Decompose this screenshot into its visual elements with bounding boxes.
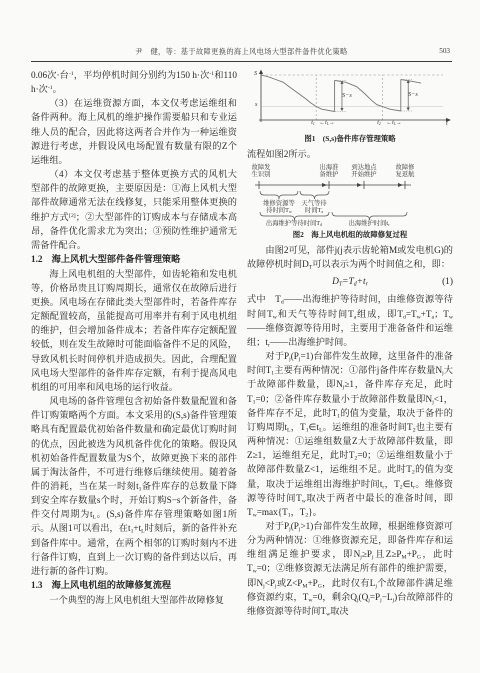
paragraph: 风电场的备件管理包含初始备件数量配置和备件订购策略两个方面。本文采用的(S,s)… xyxy=(31,394,237,578)
annotation-S-minus-s: S−s xyxy=(408,91,418,98)
label-offshore-maintenance-time: 出海维护时间tr xyxy=(349,220,390,227)
running-title: 尹 健，等：基于故障更换的海上风电场大型部件备件优化策略 xyxy=(31,47,452,57)
tick-label-t2: t2 xyxy=(377,120,380,127)
brace-offshore-maintenance-time xyxy=(332,212,407,220)
event-repaired-return: 故障修 复返航 xyxy=(396,164,415,178)
left-column: 0.06次·台-1，平均停机时间分别约为150 h·次-1和110 h·次-1。… xyxy=(31,68,237,607)
page-number: 503 xyxy=(439,47,450,55)
timeline-arrow xyxy=(322,183,327,187)
event-prepare-offshore: 出海准 备维护 xyxy=(320,164,339,178)
y-label-s: s xyxy=(255,101,257,108)
right-column: S s t t1 ←tL→ t2 ←tL→ S−s S−s 图1 (S,s)备件… xyxy=(247,66,453,618)
y-label-S: S xyxy=(254,70,257,77)
paragraph: 式中 Td——出海维护等待时间，由维修资源等待时间Tw和天气等待时间Ta组成，即… xyxy=(247,292,453,349)
paragraph: （3）在运维资源方面，本文仅考虑运维组和备件两种。海上风机的维护操作需要船只和专… xyxy=(31,96,237,167)
event-arrive-start: 到达地点 开始维护 xyxy=(351,164,376,178)
x-axis-label-t: t xyxy=(446,120,448,127)
paragraph: 对于Pj(Pj>1)台部件发生故障，根据维修资源可分为两种情况：①维修资源充足，… xyxy=(247,519,453,618)
tick-label-tL: ←tL→ xyxy=(386,120,401,127)
timeline-graphic xyxy=(247,164,453,228)
paragraph: 流程如图2所示。 xyxy=(247,147,453,161)
paper-page: 尹 健，等：基于故障更换的海上风电场大型部件备件优化策略 503 0.06次·台… xyxy=(0,0,480,673)
figure-2-caption: 图2 海上风电机组的故障修复过程 xyxy=(247,229,453,240)
label-offshore-wait-total: 出海维护等待时间Td xyxy=(266,220,322,227)
paragraph: 海上风电机组的大型部件，如齿轮箱和发电机等，价格昂贵且订购周期长，通常仅在故障后… xyxy=(31,267,237,394)
paragraph: （4）本文仅考虑基于整体更换方式的风机大型部件的故障更换，主要原因是：①海上风机… xyxy=(31,167,237,252)
header-rule xyxy=(31,61,452,62)
equation-number: (1) xyxy=(442,275,453,289)
figure-2-repair-timeline: 故障发 生识别 出海准 备维护 到达地点 开始维护 故障修 复返航 维修资源等 … xyxy=(247,164,453,228)
figure-1-caption: 图1 (S,s)备件库存管理策略 xyxy=(247,133,453,144)
equation-1: DT=Td+tr (1) xyxy=(247,275,453,289)
page-header: 尹 健，等：基于故障更换的海上风电场大型部件备件优化策略 503 xyxy=(31,47,452,59)
section-heading-1-3: 1.3 海上风电机组的故障修复流程 xyxy=(31,578,237,593)
timeline-arrow xyxy=(398,183,403,187)
annotation-S-minus-s: S−s xyxy=(342,92,352,99)
timeline-arrow xyxy=(357,183,362,187)
paragraph: 0.06次·台-1，平均停机时间分别约为150 h·次-1和110 h·次-1。 xyxy=(31,68,237,96)
figure-1-inventory-chart: S s t t1 ←tL→ t2 ←tL→ S−s S−s xyxy=(247,68,453,132)
equation-body: DT=Td+tr xyxy=(247,275,453,289)
tick-label-tL: ←tL→ xyxy=(319,120,334,127)
event-fault-identified: 故障发 生识别 xyxy=(252,164,271,178)
inventory-curve-plot xyxy=(247,68,453,132)
paragraph: 对于Pj(Pj=1)台部件发生故障，这里备件的准备时间T1主要有两种情况：①部件… xyxy=(247,349,453,519)
paragraph: 由图2可见，部件j(j表示齿轮箱M或发电机G)的故障停机时间DT可以表示为两个时… xyxy=(247,243,453,271)
brace-weather-wait xyxy=(300,191,329,199)
section-heading-1-2: 1.2 海上风机大型部件备件管理策略 xyxy=(31,252,237,267)
label-weather-wait-time: 天气等待 时间Ta xyxy=(301,200,326,214)
label-resource-wait-time: 维修资源等 待时间Tw xyxy=(263,200,294,214)
brace-resource-wait xyxy=(260,191,298,199)
paragraph: 一个典型的海上风电机组大型部件故障修复 xyxy=(31,593,237,607)
tick-label-t1: t1 xyxy=(311,120,314,127)
